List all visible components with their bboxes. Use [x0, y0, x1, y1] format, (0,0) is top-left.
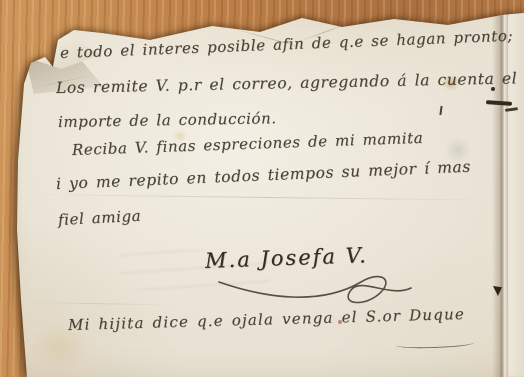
- handwriting-line-5: i yo me repito en todos tiempos su mejor…: [56, 158, 472, 193]
- handwriting-line-3: importe de la conducción.: [58, 109, 277, 131]
- paper-crease: [28, 302, 178, 306]
- handwriting-line-6: fiel amiga: [58, 207, 142, 229]
- paper-crease: [24, 194, 510, 201]
- handwriting-line-4: Reciba V. finas espreciones de mi mamita: [72, 129, 424, 159]
- paper-shadow: e todo el interes posible afin de q.e se…: [0, 0, 524, 377]
- letter-paper: e todo el interes posible afin de q.e se…: [0, 0, 524, 377]
- ink-tick-mark: [439, 106, 442, 115]
- ink-blot: [486, 100, 512, 106]
- page-fold-crease: [492, 0, 508, 377]
- postscript-underline-flourish: [396, 339, 474, 350]
- photo-of-handwritten-letter: e todo el interes posible afin de q.e se…: [0, 0, 524, 377]
- handwriting-line-1: e todo el interes posible afin de q.e se…: [60, 27, 514, 62]
